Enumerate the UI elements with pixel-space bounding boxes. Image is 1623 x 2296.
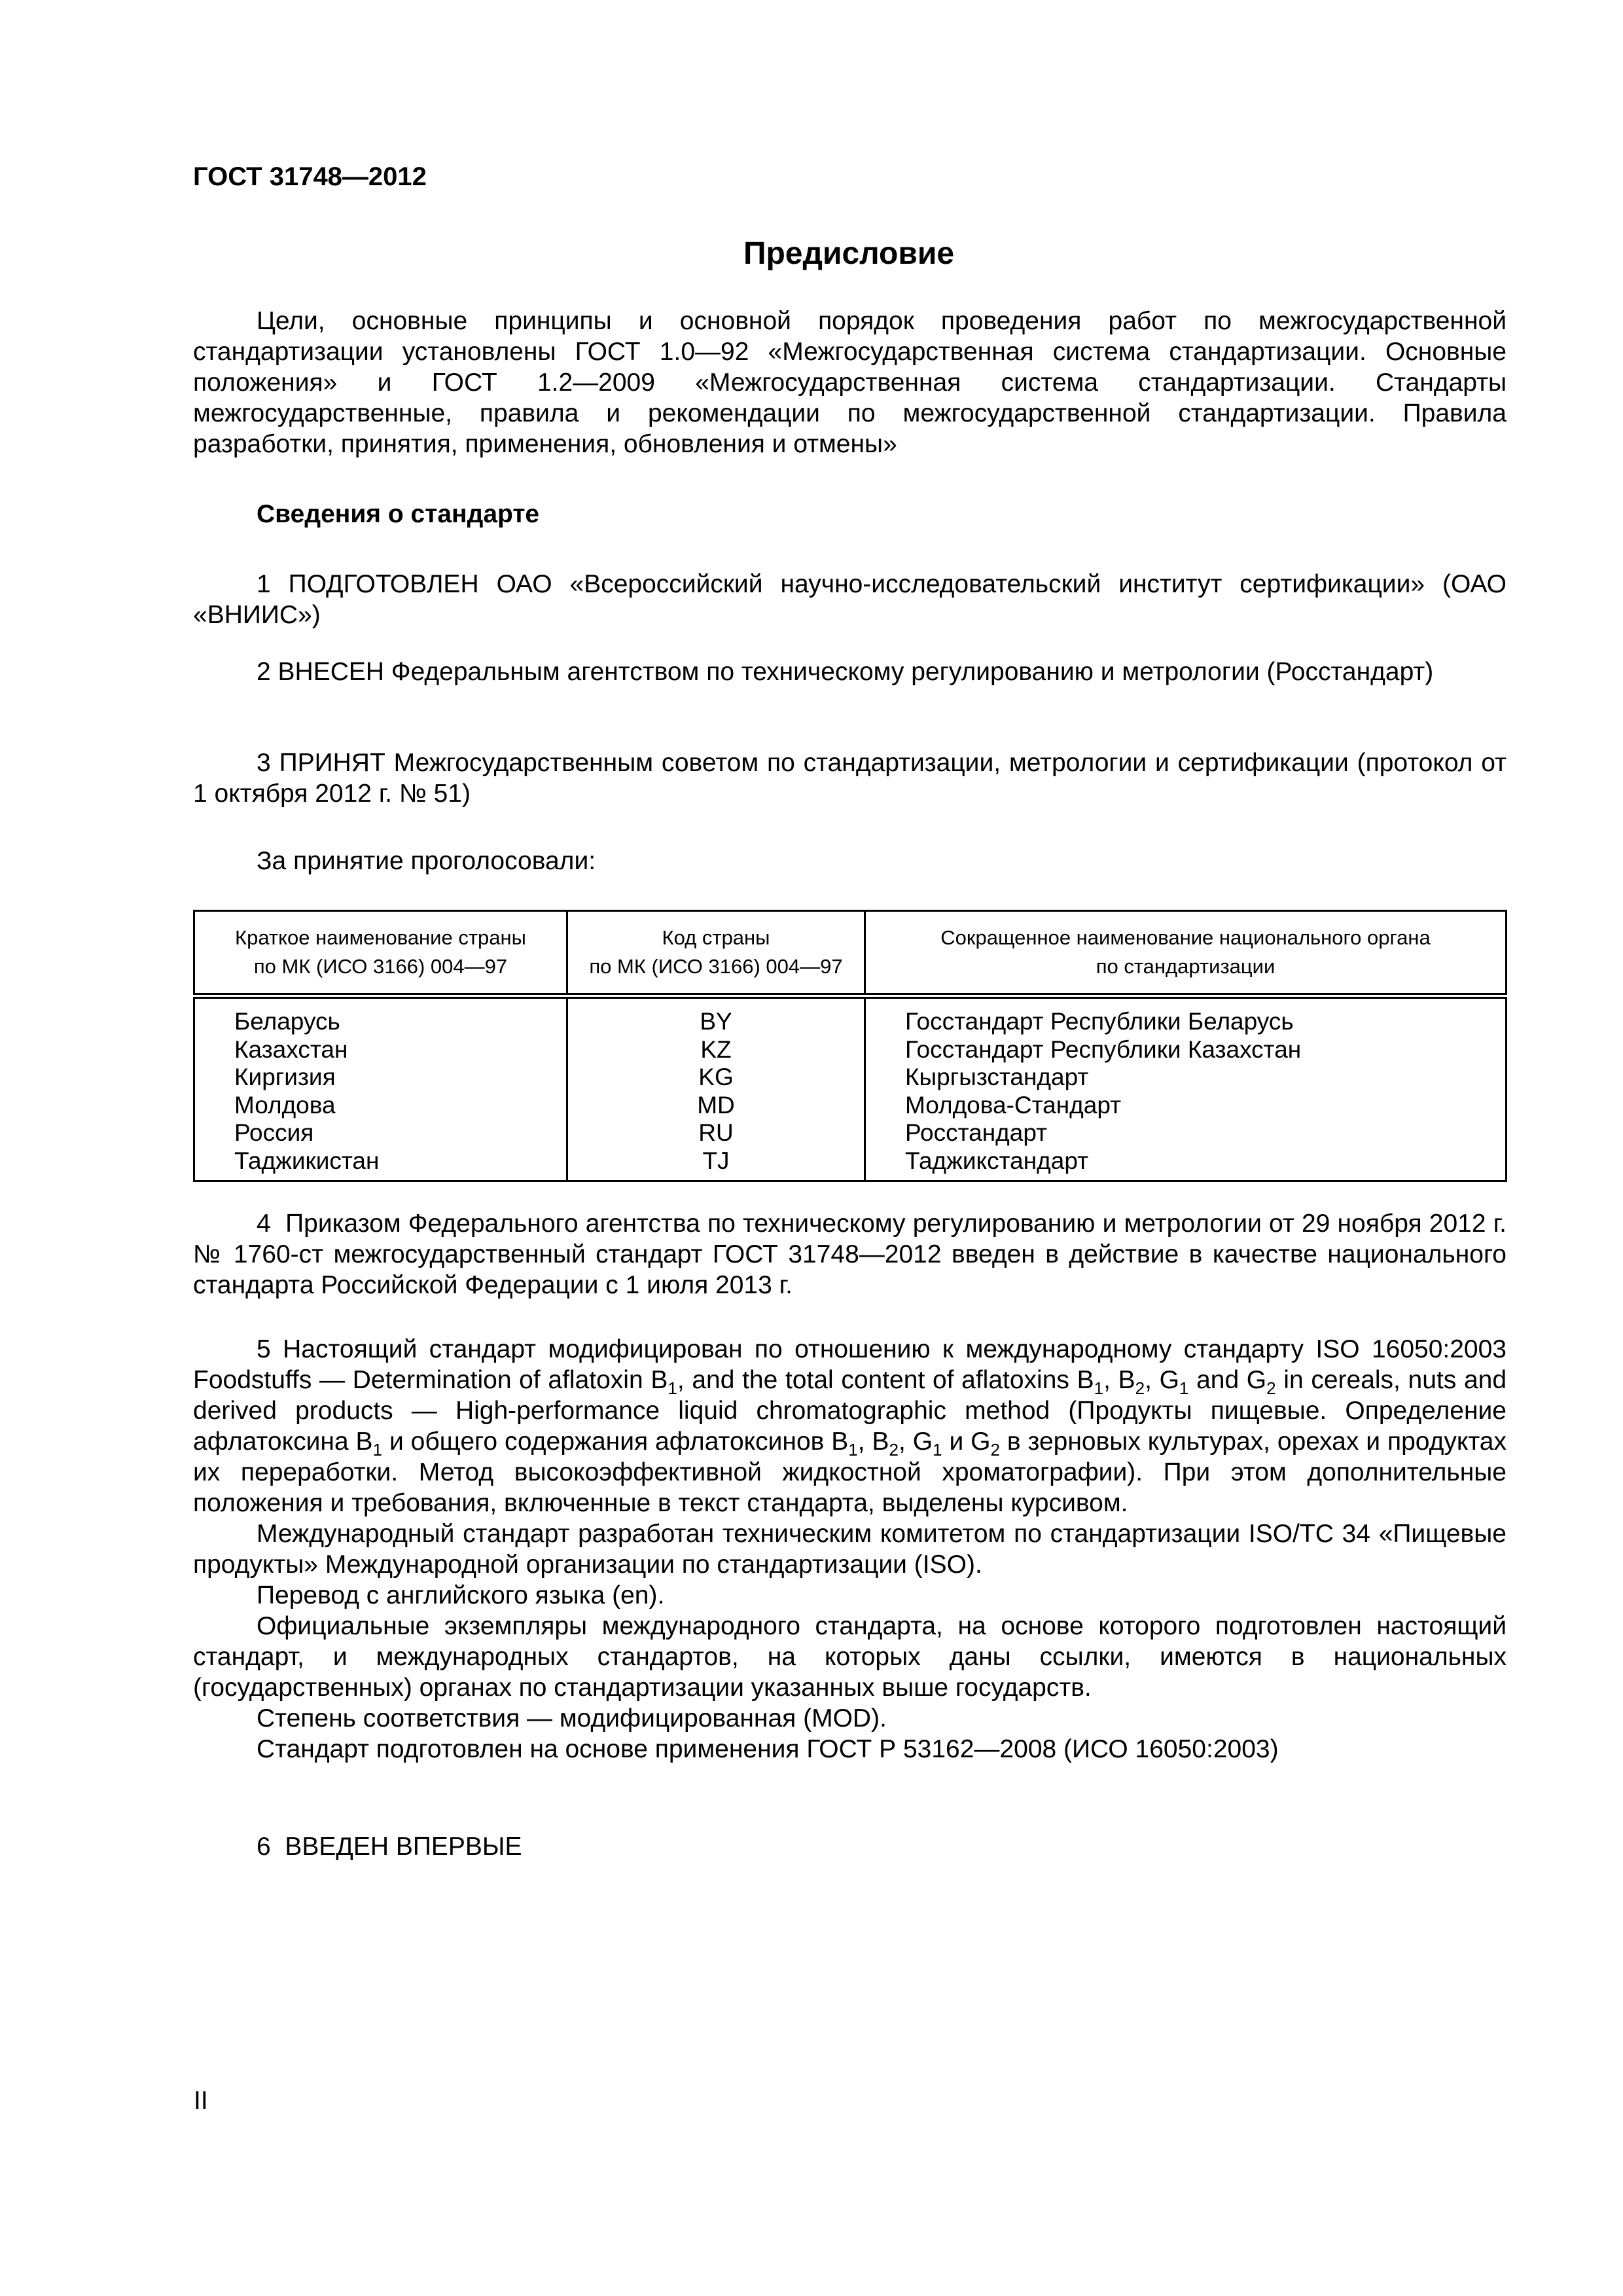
- item-number: 4: [257, 1210, 271, 1238]
- table-row: МолдоваMDМолдова-Стандарт: [194, 1092, 1507, 1120]
- item-5-paragraph-1: 5 Настоящий стандарт модифицирован по от…: [193, 1334, 1507, 1518]
- item-2: 2 ВНЕСЕН Федеральным агентством по техни…: [193, 656, 1507, 687]
- table-row: БеларусьBYГосстандарт Республики Беларус…: [194, 996, 1507, 1036]
- item-5: 5 Настоящий стандарт модифицирован по от…: [193, 1334, 1507, 1765]
- item-number: 3: [257, 749, 271, 777]
- item-1: 1 ПОДГОТОВЛЕН ОАО «Всероссийский научно-…: [193, 569, 1507, 630]
- cell-code: KG: [567, 1064, 865, 1092]
- table-row: КазахстанKZГосстандарт Республики Казахс…: [194, 1036, 1507, 1064]
- item-text: ПОДГОТОВЛЕН ОАО «Всероссийский научно-ис…: [193, 570, 1507, 629]
- table-row: ТаджикистанTJТаджикстандарт: [194, 1147, 1507, 1181]
- cell-standards-body: Госстандарт Республики Беларусь: [865, 996, 1507, 1036]
- column-header-country: Краткое наименование страны по МК (ИСО 3…: [194, 911, 567, 996]
- item-3: 3 ПРИНЯТ Межгосударственным советом по с…: [193, 747, 1507, 809]
- table-row: РоссияRUРосстандарт: [194, 1119, 1507, 1147]
- item-number: 6: [257, 1833, 271, 1861]
- cell-code: KZ: [567, 1036, 865, 1064]
- cell-country: Молдова: [194, 1092, 567, 1120]
- intro-paragraph: Цели, основные принципы и основной поряд…: [193, 306, 1507, 459]
- cell-standards-body: Таджикстандарт: [865, 1147, 1507, 1181]
- cell-country: Киргизия: [194, 1064, 567, 1092]
- voting-countries-table: Краткое наименование страны по МК (ИСО 3…: [193, 910, 1507, 1182]
- table-row: КиргизияKGКыргызстандарт: [194, 1064, 1507, 1092]
- document-code-header: ГОСТ 31748—2012: [193, 161, 427, 192]
- cell-country: Казахстан: [194, 1036, 567, 1064]
- item-number: 1: [257, 570, 271, 598]
- item-text: ВНЕСЕН Федеральным агентством по техниче…: [278, 658, 1434, 686]
- column-header-standards-body: Сокращенное наименование национального о…: [865, 911, 1507, 996]
- item-5-paragraph-4: Официальные экземпляры международного ст…: [193, 1611, 1507, 1703]
- section-heading: Сведения о стандарте: [257, 499, 539, 529]
- cell-standards-body: Госстандарт Республики Казахстан: [865, 1036, 1507, 1064]
- vote-label: За принятие проголосовали:: [257, 846, 596, 876]
- item-text: Приказом Федерального агентства по техни…: [193, 1210, 1507, 1299]
- column-header-code: Код страны по МК (ИСО 3166) 004—97: [567, 911, 865, 996]
- cell-country: Беларусь: [194, 996, 567, 1036]
- item-5-paragraph-2: Международный стандарт разработан технич…: [193, 1518, 1507, 1580]
- item-6: 6 ВВЕДЕН ВПЕРВЫЕ: [193, 1831, 1507, 1862]
- item-text: ПРИНЯТ Межгосударственным советом по ста…: [193, 749, 1507, 808]
- cell-code: TJ: [567, 1147, 865, 1181]
- cell-country: Таджикистан: [194, 1147, 567, 1181]
- cell-code: BY: [567, 996, 865, 1036]
- table-header-row: Краткое наименование страны по МК (ИСО 3…: [194, 911, 1507, 996]
- cell-code: RU: [567, 1119, 865, 1147]
- cell-standards-body: Росстандарт: [865, 1119, 1507, 1147]
- item-5-paragraph-3: Перевод с английского языка (en).: [193, 1580, 1507, 1611]
- cell-standards-body: Кыргызстандарт: [865, 1064, 1507, 1092]
- page-number: II: [194, 2085, 208, 2116]
- item-text: ВВЕДЕН ВПЕРВЫЕ: [285, 1833, 522, 1861]
- item-5-paragraph-6: Стандарт подготовлен на основе применени…: [193, 1734, 1507, 1765]
- item-5-paragraph-5: Степень соответствия — модифицированная …: [193, 1703, 1507, 1734]
- cell-code: MD: [567, 1092, 865, 1120]
- item-number: 2: [257, 658, 271, 686]
- page-title: Предисловие: [0, 236, 1623, 272]
- item-4: 4 Приказом Федерального агентства по тех…: [193, 1208, 1507, 1300]
- cell-country: Россия: [194, 1119, 567, 1147]
- cell-standards-body: Молдова-Стандарт: [865, 1092, 1507, 1120]
